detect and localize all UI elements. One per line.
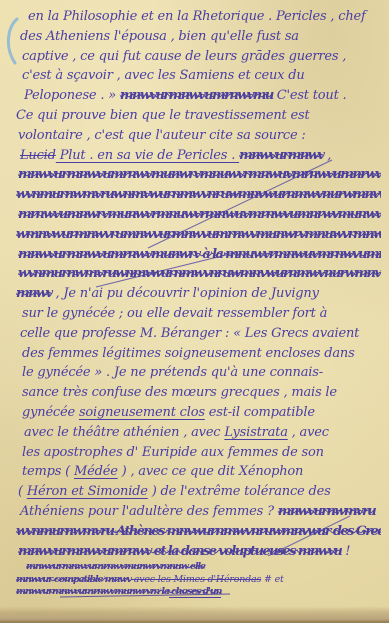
handwritten-text-segment: ( bbox=[18, 484, 27, 499]
scribbled-out-text: wmnvwurmnwvrumnwvurmnwvumrnwvmunwrvmnuwv… bbox=[16, 227, 381, 242]
manuscript-line: mnwvurmnwvumrnwvmunwrv à la mnuwvrmnwuvm… bbox=[16, 245, 381, 265]
handwritten-text-segment: captive , ce qui fut cause de leurs grād… bbox=[22, 49, 346, 64]
handwritten-text-segment: Lucid bbox=[20, 148, 56, 163]
manuscript-line: sance très confuse des mœurs grecques , … bbox=[16, 383, 381, 403]
manuscript-line: mnwvurmnwvumrnwv et la danse voluptueuse… bbox=[16, 542, 381, 562]
manuscript-lines: en la Philosophie et en la Rhetorique . … bbox=[16, 7, 381, 599]
manuscript-line: wvnmurnwmvruwnmvwurnmwvnruwmnvwurnmwvnur… bbox=[16, 264, 381, 284]
manuscript-line: temps ( Médée ) , avec ce que dit Xénoph… bbox=[16, 462, 381, 482]
handwritten-text-segment: avec le théâtre athénien , avec bbox=[24, 425, 224, 440]
scribbled-out-text: mnwvurmnwvumrnwvmunwrvm la bbox=[16, 586, 169, 597]
scribbled-out-text: mnwvurmnwvumrnwvmunwrvmnuwvrmnwuvmrnwvum… bbox=[18, 167, 381, 182]
manuscript-line: mnwvurmnwvumrnwvmunwrvmnuwvrmnwuvmrnwvum… bbox=[16, 165, 381, 185]
manuscript-line: des Atheniens l'épousa , bien qu'elle fu… bbox=[16, 27, 381, 47]
handwritten-text-segment: celle que professe M. Béranger : « Les G… bbox=[20, 326, 359, 341]
scribbled-out-text: mnwvurmnwvumrnwvmunwrv à la mnuwvrmnwuvm… bbox=[18, 247, 381, 262]
scribbled-out-text: mnwvurmnwvumrnwv et la danse voluptueuse… bbox=[18, 544, 341, 559]
manuscript-line: des femmes légitimes soigneusement enclo… bbox=[16, 344, 381, 364]
handwritten-text-segment: temps ( bbox=[22, 464, 74, 479]
handwritten-text-segment: en la Philosophie et en la Rhetorique . … bbox=[28, 9, 366, 24]
manuscript-line: les apostrophes d' Euripide aux femmes d… bbox=[16, 443, 381, 463]
manuscript-line: gynécée soigneusement clos est-il compat… bbox=[16, 403, 381, 423]
handwritten-text-segment: sur le gynécée ; ou elle devait ressembl… bbox=[22, 306, 327, 321]
scribbled-out-text: mnwvurnwmvru bbox=[278, 504, 375, 519]
handwritten-text-segment: # et bbox=[261, 574, 283, 585]
handwritten-text-segment: gynécée bbox=[22, 405, 79, 420]
scribbled-out-text: mnwv bbox=[16, 286, 52, 301]
handwritten-text-segment: Ce qui prouve bien que le travestissemen… bbox=[16, 108, 310, 123]
manuscript-line: volontaire , c'est que l'auteur cite sa … bbox=[16, 126, 381, 146]
handwritten-text-segment: le gynécée » . Je ne prétends qu'à une c… bbox=[22, 365, 323, 380]
handwritten-text-segment: Plut . en sa vie de Pericles . bbox=[56, 148, 239, 163]
handwritten-text-segment: sance très confuse des mœurs grecques , … bbox=[22, 385, 337, 400]
manuscript-line: sur le gynécée ; ou elle devait ressembl… bbox=[16, 304, 381, 324]
manuscript-line: ( Héron et Simonide ) de l'extrême tolér… bbox=[16, 482, 381, 502]
handwritten-text-segment: Médée bbox=[74, 464, 118, 479]
manuscript-line: mnwvur compatible mnwv avec les Mimes d'… bbox=[16, 574, 381, 587]
handwritten-text-segment: des Atheniens l'épousa , bien qu'elle fu… bbox=[20, 29, 299, 44]
manuscript-line: mnwvurmnwvumrnwvmunwrvm la choses d'un bbox=[16, 586, 381, 599]
manuscript-line: c'est à sçavoir , avec les Samiens et ce… bbox=[16, 66, 381, 86]
scribbled-out-text: wvnmurnwmvruwnmvwurnmwvnruwmnvwurnmwvnur… bbox=[16, 187, 381, 202]
scribbled-out-text: mnwvurmnwvumrnwvmunwrvmnuw elle bbox=[26, 561, 205, 572]
manuscript-line: avec le théâtre athénien , avec Lysistra… bbox=[16, 423, 381, 443]
manuscript-line: le gynécée » . Je ne prétends qu'à une c… bbox=[16, 363, 381, 383]
manuscript-page: en la Philosophie et en la Rhetorique . … bbox=[0, 0, 389, 623]
handwritten-text-segment: c'est à sçavoir , avec les Samiens et ce… bbox=[22, 68, 305, 83]
manuscript-line: wvnmurnwmvruwnmvwurnmwvnruwmnvwurnmwvnur… bbox=[16, 185, 381, 205]
handwritten-text-segment: des femmes légitimes soigneusement enclo… bbox=[22, 346, 355, 361]
handwritten-text-segment: avec les Mimes d'Hérondas bbox=[131, 574, 261, 585]
manuscript-line: wvnmurnwmvru Athènes mnvwurnmwvnruwmnvwu… bbox=[16, 522, 381, 542]
manuscript-line: mrnwvumnwrvmunwvrmnuwvrmnwuvmrnwvumnrwvm… bbox=[16, 205, 381, 225]
scribbled-out-text: wvnmurnwmvru Athènes mnvwurnmwvnruwmnvwu… bbox=[16, 524, 381, 539]
manuscript-line: en la Philosophie et en la Rhetorique . … bbox=[16, 7, 381, 27]
scribbled-out-text: mrnwvumnwrvmunwvrmnuwvrmnwuvmrnwvumnrwvm… bbox=[18, 207, 381, 222]
handwritten-text-segment: les apostrophes d' Euripide aux femmes d… bbox=[22, 445, 324, 460]
scribbled-out-text: mnwvurmnwvumrnwvmu bbox=[120, 88, 273, 103]
handwritten-text-segment: est-il compatible bbox=[205, 405, 315, 420]
manuscript-line: celle que professe M. Béranger : « Les G… bbox=[16, 324, 381, 344]
manuscript-line: mnwvurmnwvumrnwvmunwrvmnuw elle bbox=[16, 561, 381, 574]
handwritten-text-segment: volontaire , c'est que l'auteur cite sa … bbox=[18, 128, 306, 143]
handwritten-text-segment: C'est tout . bbox=[273, 88, 347, 103]
manuscript-line: captive , ce qui fut cause de leurs grād… bbox=[16, 47, 381, 67]
scribbled-out-text: wvnmurnwmvruwnmvwurnmwvnruwmnvwurnmwvnur… bbox=[18, 266, 381, 281]
scribbled-out-text: mnwvurmnwv bbox=[239, 148, 323, 163]
manuscript-line: Peloponese . » mnwvurmnwvumrnwvmu C'est … bbox=[16, 86, 381, 106]
handwritten-text-segment: , avec bbox=[288, 425, 329, 440]
manuscript-line: Ce qui prouve bien que le travestissemen… bbox=[16, 106, 381, 126]
handwritten-text-segment: Peloponese . » bbox=[24, 88, 120, 103]
handwritten-text-segment: soigneusement clos bbox=[79, 405, 205, 420]
handwritten-text-segment: ) de l'extrême tolérance des bbox=[148, 484, 331, 499]
handwritten-text-segment: , Je n'ai pu découvrir l'opinion de Juvi… bbox=[52, 286, 319, 301]
page-bottom-edge bbox=[0, 606, 389, 623]
manuscript-line: Lucid Plut . en sa vie de Pericles . mnw… bbox=[16, 146, 381, 166]
handwritten-text-segment: Héron et Simonide bbox=[27, 484, 148, 499]
manuscript-line: Athéniens pour l'adultère des femmes ? m… bbox=[16, 502, 381, 522]
manuscript-line: wmnvwurmnwvrumnwvurmnwvumrnwvmunwrvmnuwv… bbox=[16, 225, 381, 245]
manuscript-line: mnwv , Je n'ai pu découvrir l'opinion de… bbox=[16, 284, 381, 304]
scribbled-out-text: choses d'un bbox=[169, 586, 222, 598]
handwritten-text-segment: ) , avec ce que dit Xénophon bbox=[118, 464, 304, 479]
handwritten-text-segment: Athéniens pour l'adultère des femmes ? bbox=[20, 504, 278, 519]
handwritten-text-segment: Lysistrata bbox=[224, 425, 287, 440]
handwritten-text-segment: , bbox=[323, 148, 331, 163]
handwritten-text-segment: ! bbox=[341, 544, 350, 559]
scribbled-out-text: mnwvur compatible mnwv bbox=[16, 574, 131, 585]
